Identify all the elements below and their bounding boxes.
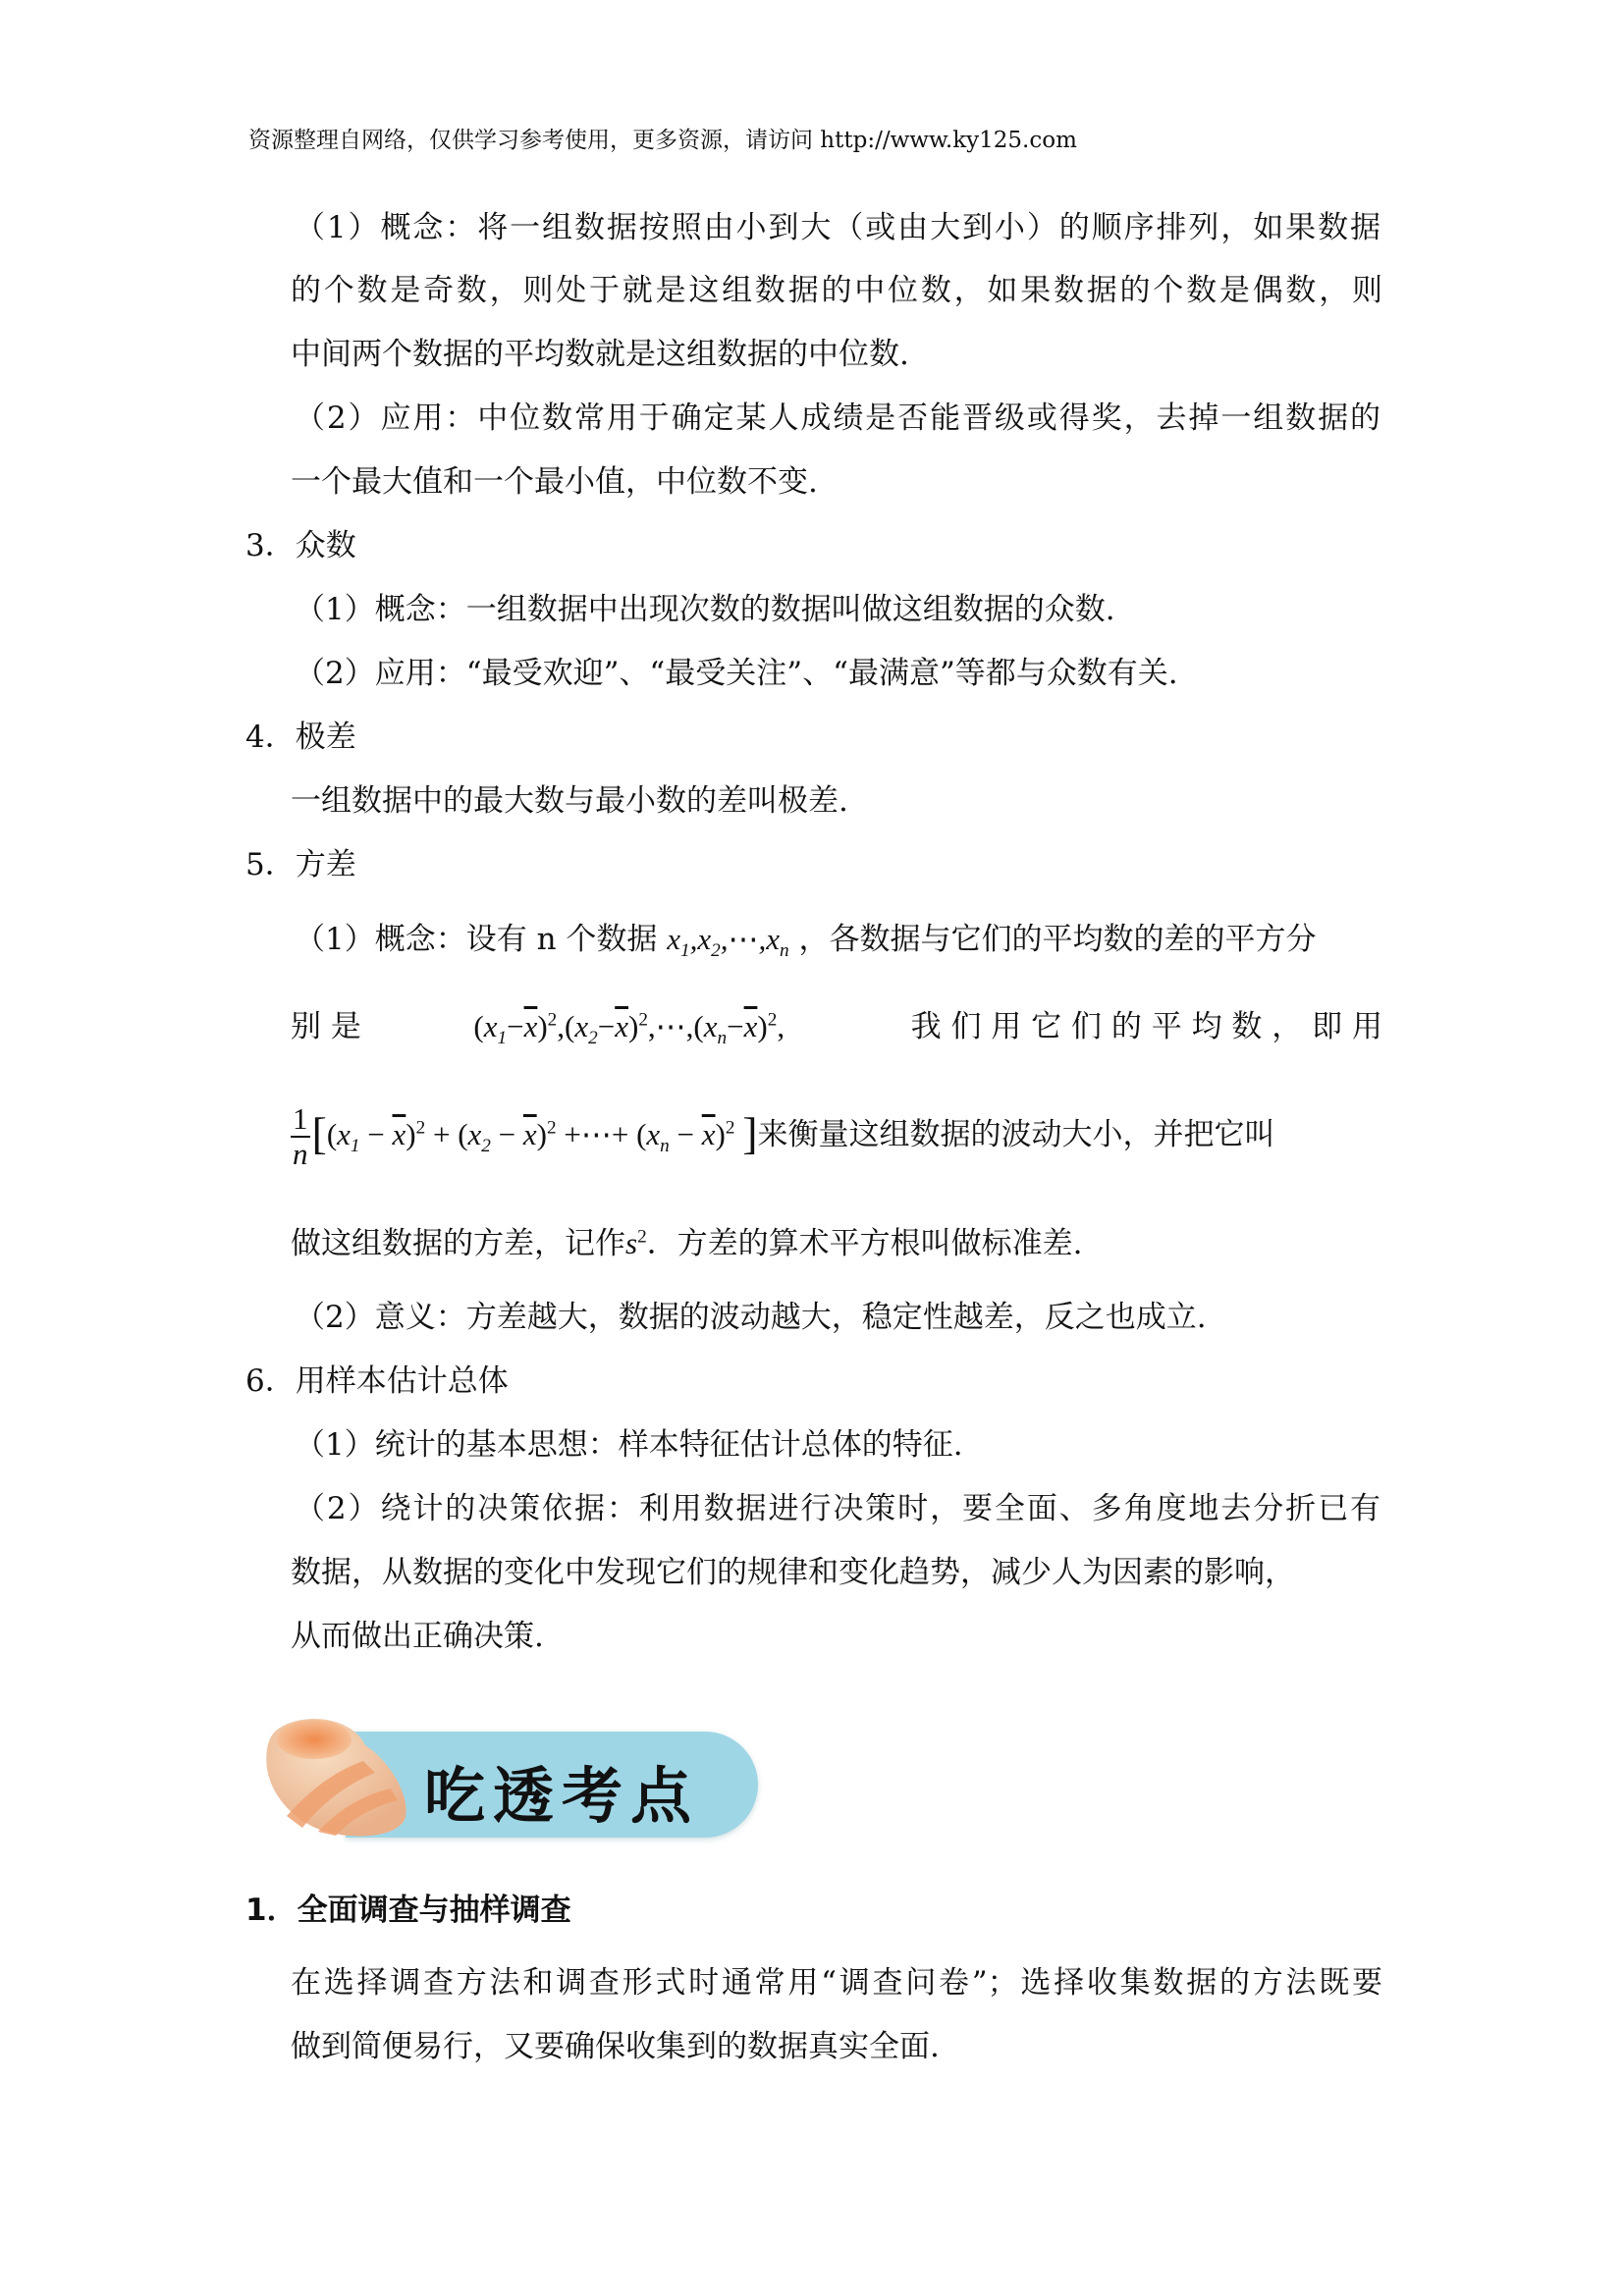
median-concept-line-2: 的个数是奇数，则处于就是这组数据的中位数，如果数据的个数是偶数，则 xyxy=(291,271,1382,310)
mode-heading: 3．众数 xyxy=(245,526,356,565)
range-text: 一组数据中的最大数与最小数的差叫极差. xyxy=(291,781,848,821)
variance-line2-suffix: 我 们 用 它 们 的 平 均 数 ， 即 用 xyxy=(911,1007,1382,1046)
survey-heading: 1．全面调查与抽样调查 xyxy=(245,1891,571,1930)
mode-application: （2）应用：“最受欢迎”、“最受关注”、“最满意”等都与众数有关. xyxy=(295,654,1178,693)
variance-formula-line: 1n[(x1 − x)2 + (x2 − x)2 +⋯+ (xn − x)2 ]… xyxy=(291,1099,1275,1171)
variance-line4-suffix: ．方差的算术平方根叫做标准差. xyxy=(647,1226,1083,1261)
survey-line-2: 做到简便易行，又要确保收集到的数据真实全面. xyxy=(291,2027,940,2066)
estimation-item-2-line-1: （2）绕计的决策依据：利用数据进行决策时，要全面、多角度地去分折已有 xyxy=(295,1489,1380,1528)
banner-title: 吃透考点 xyxy=(424,1747,699,1835)
range-heading: 4．极差 xyxy=(245,718,356,757)
variance-heading: 5．方差 xyxy=(245,845,356,884)
mode-concept: （1）概念：一组数据中出现次数的数据叫做这组数据的众数. xyxy=(295,590,1115,629)
seashell-icon xyxy=(257,1710,414,1847)
median-application-line-1: （2）应用：中位数常用于确定某人成绩是否能晋级或得奖，去掉一组数据的 xyxy=(295,399,1380,438)
variance-concept-line-2: 别 是 (x1−x)2,(x2−x)2,⋯,(xn−x)2, 我 们 用 它 们… xyxy=(291,1007,1382,1046)
variance-concept-line-4: 做这组数据的方差，记作s2．方差的算术平方根叫做标准差. xyxy=(291,1224,1083,1263)
source-note: 资源整理自网络，仅供学习参考使用，更多资源，请访问 http://www.ky1… xyxy=(248,122,1077,154)
variance-line4-prefix: 做这组数据的方差，记作 xyxy=(291,1226,625,1261)
median-concept-line-1: （1）概念：将一组数据按照由小到大（或由大到小）的顺序排列，如果数据 xyxy=(295,208,1380,247)
variance-formula-suffix: 来衡量这组数据的波动大小，并把它叫 xyxy=(758,1117,1275,1152)
variance-concept-line-1: （1）概念：设有 n 个数据 x1,x2,⋯,xn ，各数据与它们的平均数的差的… xyxy=(295,920,1317,959)
estimation-item-1: （1）统计的基本思想：样本特征估计总体的特征. xyxy=(295,1425,963,1465)
squared-deviations-formula: (x1−x)2,(x2−x)2,⋯,(xn−x)2, xyxy=(473,1007,785,1046)
variance-symbol: s2 xyxy=(625,1226,647,1260)
variance-formula: [(x1 − x)2 + (x2 − x)2 +⋯+ (xn − x)2 ] xyxy=(312,1117,758,1151)
variance-meaning: （2）意义：方差越大，数据的波动越大，稳定性越差，反之也成立. xyxy=(295,1298,1207,1337)
variance-concept-prefix: （1）概念：设有 n 个数据 xyxy=(295,922,657,957)
estimation-item-2-line-3: 从而做出正确决策. xyxy=(291,1617,544,1656)
variance-concept-suffix: ，各数据与它们的平均数的差的平方分 xyxy=(799,922,1317,957)
median-application-line-2: 一个最大值和一个最小值，中位数不变. xyxy=(291,462,818,502)
median-concept-line-3: 中间两个数据的平均数就是这组数据的中位数. xyxy=(291,335,909,374)
estimation-heading: 6．用样本估计总体 xyxy=(245,1362,509,1401)
data-list-formula: x1,x2,⋯,xn xyxy=(667,922,788,956)
section-banner: 吃透考点 xyxy=(257,1710,768,1847)
survey-line-1: 在选择调查方法和调查形式时通常用“调查问卷”；选择收集数据的方法既要 xyxy=(291,1963,1382,2002)
variance-line2-prefix: 别 是 xyxy=(291,1007,361,1046)
one-over-n-fraction: 1n xyxy=(291,1102,310,1171)
estimation-item-2-line-2: 数据，从数据的变化中发现它们的规律和变化趋势，减少人为因素的影响， xyxy=(291,1553,1295,1592)
